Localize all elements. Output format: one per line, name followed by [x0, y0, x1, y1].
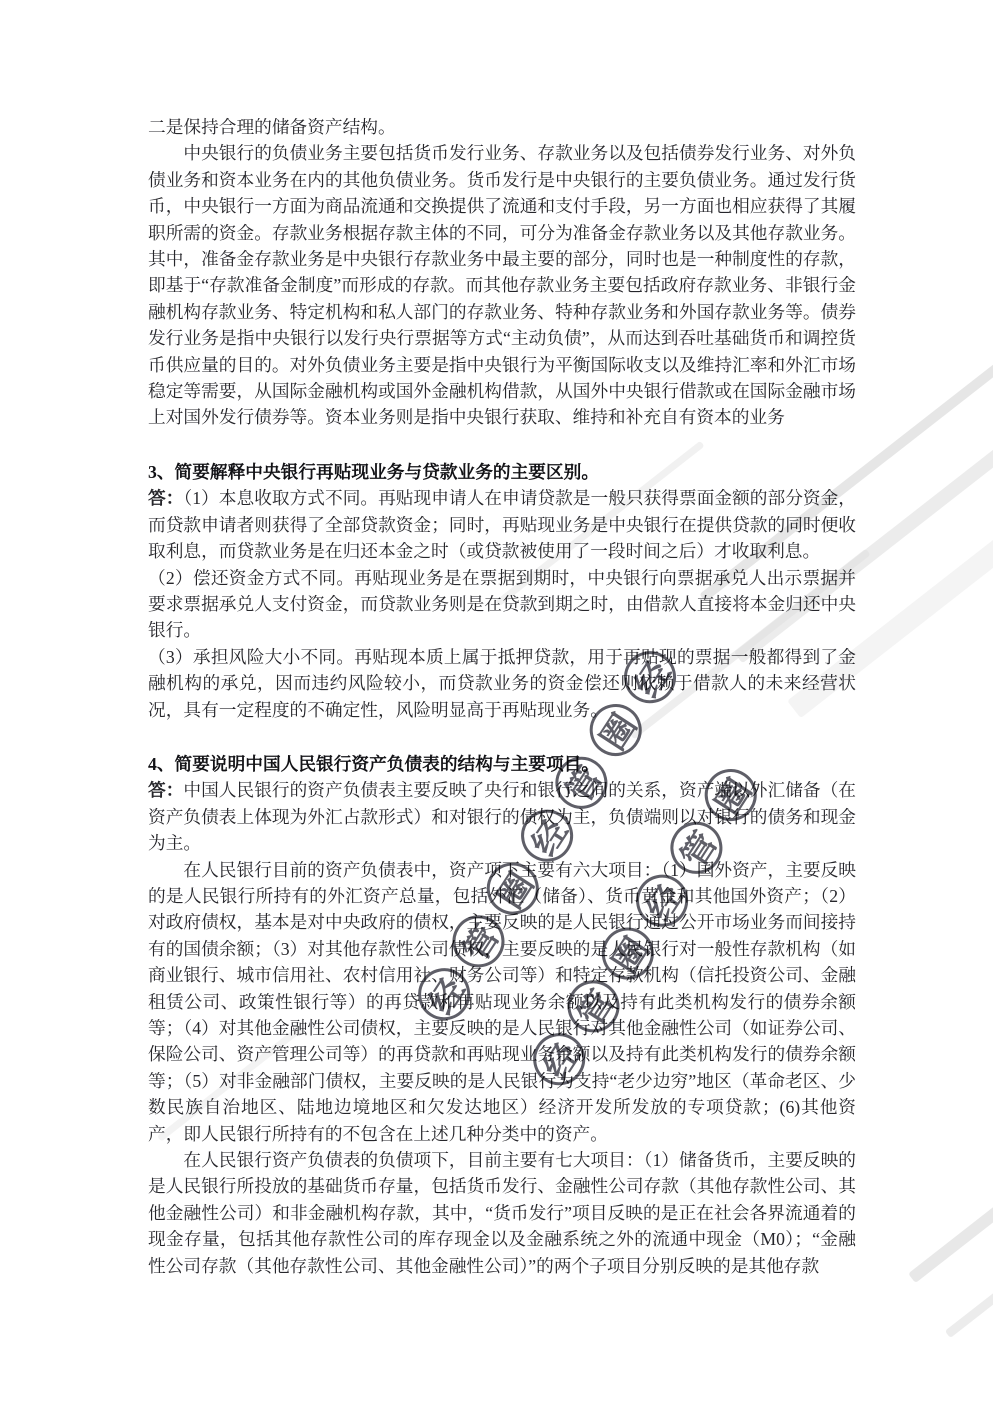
question-4-answer-intro: 答：中国人民银行的资产负债表主要反映了央行和银行之间的关系，资产端以外汇储备（在… [148, 777, 856, 856]
question-3-heading: 3、简要解释中央银行再贴现业务与贷款业务的主要区别。 [148, 459, 856, 485]
section-gap [148, 431, 856, 459]
answer-label: 答： [148, 488, 183, 508]
question-3-answer-1: 答：（1）本息收取方式不同。再贴现申请人在申请贷款是一般只获得票面金额的部分资金… [148, 485, 856, 564]
watermark-streak [908, 1089, 993, 1283]
paragraph-liability-business: 中央银行的负债业务主要包括货币发行业务、存款业务以及包括债券发行业务、对外负债业… [148, 140, 856, 430]
watermark-streak [945, 1171, 993, 1338]
question-3-answer-2: （2）偿还资金方式不同。再贴现业务是在票据到期时，中央银行向票据承兑人出示票据并… [148, 565, 856, 644]
document-page: 经管圈经管圈经 经管圈经管圈 二是保持合理的储备资产结构。 中央银行的负债业务主… [0, 0, 993, 1404]
document-text: 二是保持合理的储备资产结构。 中央银行的负债业务主要包括货币发行业务、存款业务以… [148, 114, 856, 1279]
answer-text: 中国人民银行的资产负债表主要反映了央行和银行之间的关系，资产端以外汇储备（在资产… [148, 780, 856, 853]
question-4-answer-liabilities: 在人民银行资产负债表的负债项下，目前主要有七大项目：（1）储备货币，主要反映的是… [148, 1147, 856, 1279]
paragraph-continuation: 二是保持合理的储备资产结构。 [148, 114, 856, 140]
question-4-heading: 4、简要说明中国人民银行资产负债表的结构与主要项目。 [148, 751, 856, 777]
section-gap [148, 723, 856, 751]
answer-label: 答： [148, 780, 183, 800]
question-3-answer-3: （3）承担风险大小不同。再贴现本质上属于抵押贷款，用于再贴现的票据一般都得到了金… [148, 644, 856, 723]
question-4-answer-assets: 在人民银行目前的资产负债表中，资产项下主要有六大项目：（1）国外资产，主要反映的… [148, 857, 856, 1147]
answer-text: （1）本息收取方式不同。再贴现申请人在申请贷款是一般只获得票面金额的部分资金，而… [148, 488, 856, 561]
